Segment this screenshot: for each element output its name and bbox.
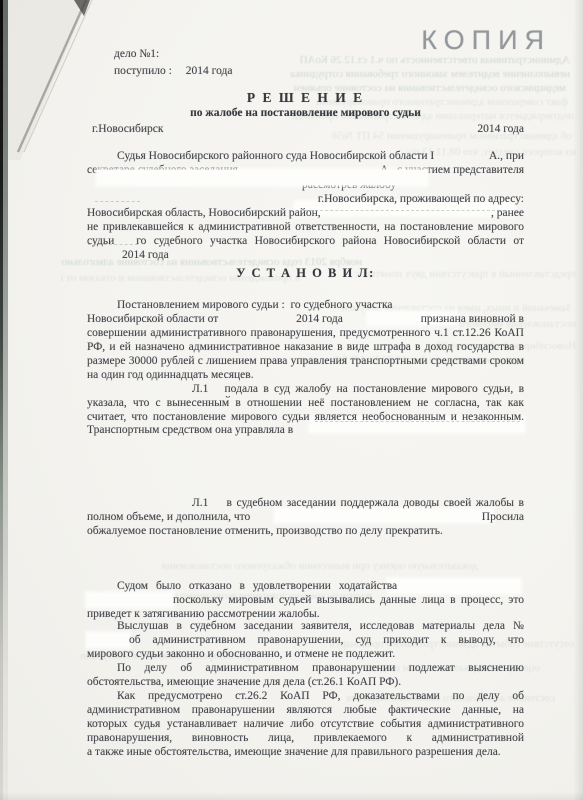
para4-line1: Л.1 в судебном заседании поддержала дово… [87,497,524,512]
para2-line2: Новосибирской области от 2014 года призн… [87,313,524,328]
received-line: поступило : 2014 года [87,65,524,80]
para6-line8: которых судья устанавливает наличие либо… [87,718,524,733]
para1-line5-left: Новосибирская область, Новосибирский рай… [87,207,321,222]
document-body: дело №1: поступило : 2014 года Р Е Ш Е Н… [87,0,524,800]
para4-line2-left: полном объеме, и дополнила, что [87,511,250,526]
para2-line6: на один год одиннадцать месяцев. [87,369,524,384]
para1-line1-left: Судья Новосибирского районного суда Ново… [117,150,434,165]
para1-line1-right: А., при [489,150,524,165]
para3-line4: Транспортным средством она управляла в [87,424,524,439]
para1-line4: г.Новосибирска, проживающей по адресу: [87,193,524,208]
decision-subtitle: по жалобе на постановление мирового судь… [87,107,524,122]
para2-line2-left: Новосибирской области от [87,313,218,328]
para5-line2: поскольку мировым судьей вызывались данн… [87,594,524,609]
para2-line5: размере 30000 рублей с лишением права уп… [87,355,524,370]
redaction-box [97,170,427,185]
para6-line4: По делу об административном правонарушен… [87,662,524,677]
para1-line7: судьи го судебного участка Новосибирског… [87,235,524,250]
para2-line3: совершении административного правонаруше… [87,327,524,342]
para1-line8: 2014 года [87,249,524,264]
decision-year: 2014 года [477,123,524,138]
para2-line1: Постановлением мирового судьи : го судеб… [87,299,524,314]
city-date-line: г.Новосибирск 2014 года [87,123,524,138]
received-label: поступило : [114,65,172,80]
decision-title: Р Е Ш Е Н И Е [87,90,524,105]
redaction-dashes [88,244,138,245]
redaction-dashes [315,421,520,422]
scan-edge-right [573,0,583,800]
para2-line2-mid: 2014 года [296,313,343,328]
redaction-dashes [305,210,505,211]
para1-line1: Судья Новосибирского районного суда Ново… [87,150,524,165]
para2-line4: РФ, и ей назначено административное нака… [87,341,524,356]
para6-line5: обстоятельства, имеющие значение для дел… [87,676,524,691]
para6-line1: Выслушав в судебном заседании заявителя,… [87,620,524,635]
para1-line6: не привлекавшейся к административной отв… [87,221,524,236]
para4-line2: полном объеме, и дополнила, что Просила [87,511,524,526]
para3-line1: Л.1 подала в суд жалобу на постановление… [87,383,524,398]
ustanovil-heading: У С Т А Н О В И Л: [87,266,524,281]
para6-line3: мирового судьи законно и обоснованно, и … [87,648,524,663]
para2-line2-right: признана виновной в [421,313,524,328]
para6-line6: Как предусмотрено ст.26.2 КоАП РФ, доказ… [87,690,524,705]
para3-line2: указала, что с вынесенным в отношении не… [87,397,524,412]
para6-line2: об административном правонарушении, суд … [87,634,524,649]
city-label: г.Новосибирск [87,123,163,138]
para5-line1: Судом было отказано в удовлетворении ход… [87,580,524,595]
para4-line2-right: Просила [482,511,524,526]
para6-line10: а также иные обстоятельства, имеющие зна… [87,746,524,761]
scan-edge-bottom [0,792,583,800]
para6-line9: правонарушения, виновность лица, привлек… [87,732,524,747]
scanned-document-page: Административная ответственность по ч.1 … [0,0,583,800]
received-year: 2014 года [186,65,233,80]
para4-line3: обжалуемое постановление отменить, произ… [87,525,524,540]
copy-stamp: КОПИЯ [421,25,551,56]
para6-line7: административном правонарушении являются… [87,704,524,719]
redaction-dashes [95,201,140,202]
scan-edge-left-inner [3,0,8,800]
